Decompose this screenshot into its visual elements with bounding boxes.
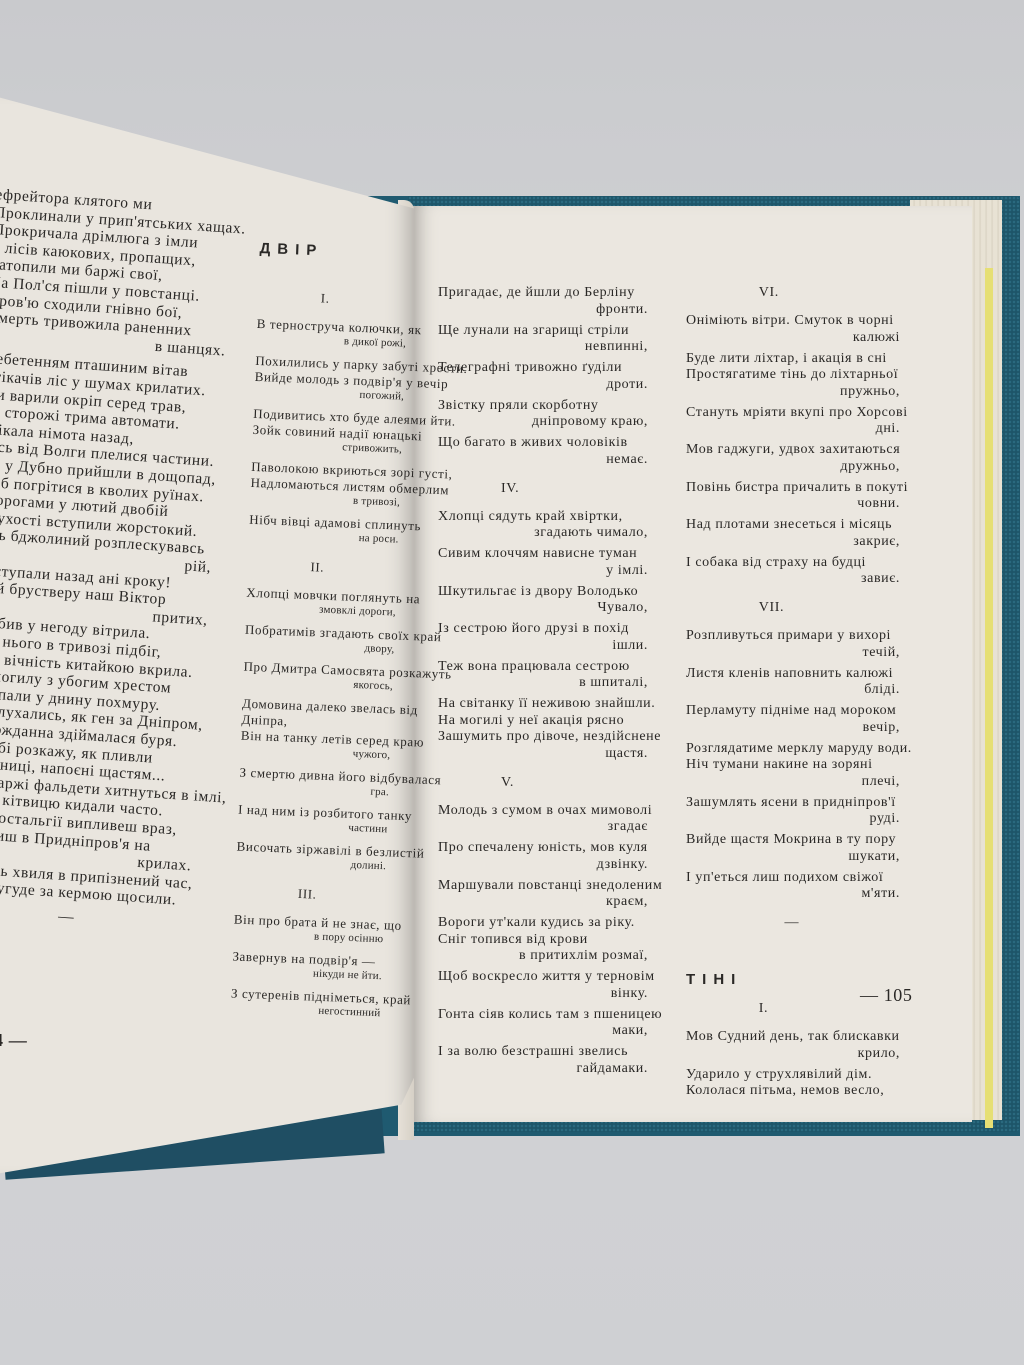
poem-line: завиє. xyxy=(861,571,900,587)
poem-line: в пору осінню xyxy=(314,931,384,946)
poem-line: дні. xyxy=(876,421,900,437)
poem-line: немає. xyxy=(606,452,648,468)
section-numeral: VI. xyxy=(759,285,779,301)
poem-line: Листя кленів наповнить калюжі xyxy=(686,666,893,682)
poem-line: Теж вона працювала сестрою xyxy=(438,659,630,675)
left-page-number: 4 — xyxy=(0,1030,27,1051)
poem-line: невпинні, xyxy=(585,339,648,355)
poem-line: Простягатиме тінь до ліхтарньої xyxy=(686,367,898,383)
poem-line: Розпливуться примари у вихорі xyxy=(686,628,891,644)
poem-line: ішли. xyxy=(612,638,648,654)
poem-line: Зашумить про дівоче, нездійснене xyxy=(438,729,661,745)
poem-line: в тривозі, xyxy=(353,495,400,509)
poem-line: На світанку її неживою знайшли. xyxy=(438,696,655,712)
poem-line: стривожить, xyxy=(342,441,402,455)
poem-line: Сніг топився від крови xyxy=(438,932,588,948)
poem-line: Стануть мріяти вкупі про Хорсові xyxy=(686,405,908,421)
poem-line: плечі, xyxy=(862,774,900,790)
poem-line: крило, xyxy=(858,1046,900,1062)
poem-line: дзвінку. xyxy=(597,857,648,873)
poem-line: Що багато в живих чоловіків xyxy=(438,435,628,451)
poem-line: І над ним із розбитого танку xyxy=(238,802,413,825)
poem-line: рій, xyxy=(184,557,212,577)
poem-line: дніпровому краю, xyxy=(532,414,648,430)
section-numeral: ІІ. xyxy=(310,559,324,576)
poem-line: бліді. xyxy=(864,682,900,698)
poem-title: ДВІР xyxy=(259,240,323,259)
section-numeral: І. xyxy=(759,1001,768,1017)
poem-line: Маршували повстанці знедоленим xyxy=(438,878,662,894)
poem-line: Кололася пітьма, немов весло, xyxy=(686,1083,884,1099)
section-end-mark: — xyxy=(58,908,75,927)
poem-line: Вийде щастя Мокрина в ту пору xyxy=(686,832,896,848)
poem-line: Пригадає, де йшли до Берліну xyxy=(438,285,635,301)
poem-line: в притихлім розмаї, xyxy=(519,948,648,964)
poem-line: Розглядатиме мерклу маруду води. xyxy=(686,741,912,757)
poem-title: ТІНІ xyxy=(686,971,742,988)
poem-line: в шпиталі, xyxy=(579,675,648,691)
poem-line: Ніч тумани накине на зоряні xyxy=(686,757,873,773)
section-end-mark: — xyxy=(784,915,799,931)
poem-line: маки, xyxy=(612,1023,648,1039)
photo-scene: ефрейтора клятого миПроклинали у прип'ят… xyxy=(0,0,1024,1365)
poem-line: Сивим клоччям нависне туман xyxy=(438,546,637,562)
poem-line: Ударило у струхлявілий дім. xyxy=(686,1067,872,1083)
poem-line: Щоб воскресло життя у терновім xyxy=(438,969,655,985)
poem-line: нікуди не йти. xyxy=(313,968,382,983)
poem-line: Над плотами знесеться і місяць xyxy=(686,517,892,533)
poem-line: гайдамаки. xyxy=(576,1061,648,1077)
right-page-column-2: VI.Оніміють вітри. Смуток в чорнікалюжіБ… xyxy=(686,285,900,975)
poem-line: Звістку пряли скорботну xyxy=(438,398,599,414)
poem-line: Ще лунали на згарищі стріли xyxy=(438,323,629,339)
section-numeral: VII. xyxy=(759,600,784,616)
poem-line: Нібч вівці адамові сплинуть xyxy=(249,512,421,535)
poem-line: в шанцях. xyxy=(154,338,226,361)
poem-line: І собака від страху на будці xyxy=(686,555,866,571)
poem-line: чужого, xyxy=(352,748,390,761)
poem-line: згадає xyxy=(608,819,648,835)
poem-line: Вороги ут'кали кудись за ріку. xyxy=(438,915,635,931)
poem-line: Оніміють вітри. Смуток в чорні xyxy=(686,313,894,329)
poem-line: вечір, xyxy=(863,720,900,736)
poem-line: дружньо, xyxy=(840,459,900,475)
poem-line: калюжі xyxy=(853,330,900,346)
poem-line: згадають чимало, xyxy=(534,525,648,541)
poem-line: Дніпра, xyxy=(241,712,288,730)
poem-line: краєм, xyxy=(606,894,648,910)
poem-line: пружньо, xyxy=(840,384,900,400)
poem-line: у імлі. xyxy=(606,563,648,579)
poem-line: на роси. xyxy=(358,532,398,546)
poem-line: Завернув на подвір'я — xyxy=(232,948,376,969)
section-numeral: V. xyxy=(501,775,514,791)
poem-line: якогось, xyxy=(353,679,393,693)
poem-line: частини xyxy=(348,822,388,835)
poem-line: Про спечалену юність, мов куля xyxy=(438,840,648,856)
poem-line: закриє, xyxy=(853,534,900,550)
poem-line: шукати, xyxy=(848,849,900,865)
poem-line: гра. xyxy=(370,786,389,799)
poem-line: І уп'еться лиш подихом свіжої xyxy=(686,870,883,886)
poem-line: погожий, xyxy=(359,389,404,403)
poem-line: Молодь з сумом в очах мимоволі xyxy=(438,803,652,819)
poem-line: Із сестрою його друзі в похід xyxy=(438,621,629,637)
poem-line: щастя. xyxy=(605,746,648,762)
poem-line: в дикої рожі, xyxy=(344,335,407,349)
poem-line: негостинний xyxy=(318,1005,381,1019)
poem-line: м'яти. xyxy=(861,886,900,902)
poem-line: долині. xyxy=(350,859,386,872)
poem-line: В терноструча колючки, як xyxy=(256,316,421,338)
poem-line: І за волю безстрашні звелись xyxy=(438,1044,628,1060)
right-page-column-1: Пригадає, де йшли до Берлінуфронти.Ще лу… xyxy=(438,285,648,965)
section-numeral: ІІІ. xyxy=(298,886,317,903)
yellow-bookmark-ribbon xyxy=(985,268,993,1128)
poem-dvir-column: ДВІРІ.В терноструча колючки, якв дикої р… xyxy=(232,240,410,985)
poem-line: Повінь бистра причалить в покуті xyxy=(686,480,908,496)
poem-line: Гонта сіяв колись там з пшеницею xyxy=(438,1007,662,1023)
poem-line: Мов гаджуги, удвох захитаються xyxy=(686,442,900,458)
poem-line: Телеграфні тривожно ґуділи xyxy=(438,360,622,376)
poem-line: Зашумлять ясени в придніпров'ї xyxy=(686,795,896,811)
poem-line: На могилі у неї акація рясно xyxy=(438,713,624,729)
poem-line: Шкутильгає із двору Володько xyxy=(438,584,638,600)
poem-line: течій, xyxy=(862,645,900,661)
section-numeral: І. xyxy=(320,290,329,306)
poem-line: Хлопці сядуть край хвіртки, xyxy=(438,509,623,525)
poem-line: човни. xyxy=(857,496,900,512)
poem-line: двору, xyxy=(364,642,394,655)
poem-line: Буде лити ліхтар, і акація в сні xyxy=(686,351,887,367)
poem-line: дроти. xyxy=(606,377,648,393)
section-numeral: IV. xyxy=(501,481,519,497)
poem-line: Мов Судний день, так блискавки xyxy=(686,1029,900,1045)
poem-line: притих, xyxy=(152,608,208,630)
poem-line: фронти. xyxy=(596,302,648,318)
poem-line: вінку. xyxy=(611,986,648,1002)
poem-line: змовклі дороги, xyxy=(319,604,396,619)
right-page-number: — 105 xyxy=(860,985,913,1006)
poem-line: руді. xyxy=(870,811,900,827)
poem-line: Перламуту підніме над мороком xyxy=(686,703,896,719)
poem-line: Чувало, xyxy=(597,600,648,616)
